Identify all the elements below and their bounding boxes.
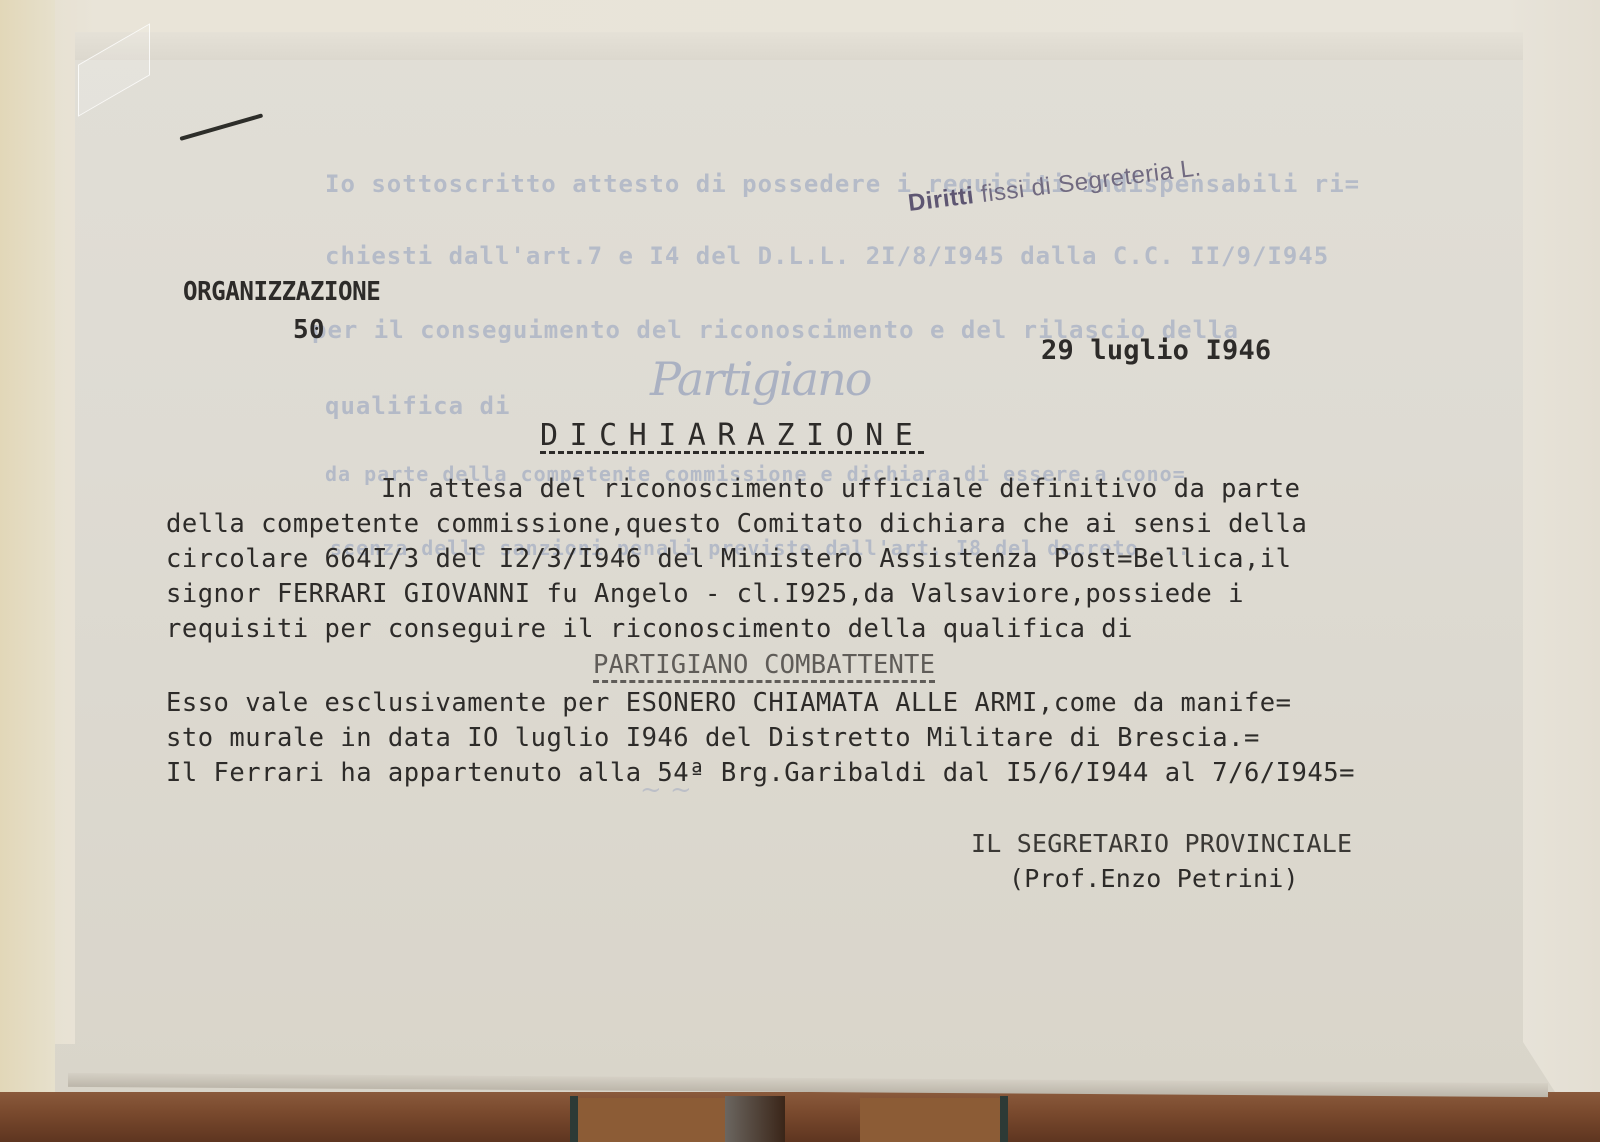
organization-label: ORGANIZZAZIONE [183, 277, 380, 307]
backing-left-strip [0, 0, 55, 1100]
handwritten-annotation: Partigiano [650, 352, 870, 406]
qualification: PARTIGIANO COMBATTENTE [593, 650, 935, 680]
closing-line: Il Ferrari ha appartenuto alla 54ª Brg.G… [166, 758, 1355, 788]
bleed-through-line: Io sottoscritto attesto di possedere i r… [325, 170, 1360, 198]
signature-title: IL SEGRETARIO PROVINCIALE [971, 829, 1352, 858]
shelf-block [578, 1098, 725, 1142]
wooden-shelf [0, 1092, 1600, 1142]
signature-name: (Prof.Enzo Petrini) [1009, 864, 1299, 893]
document-title: DICHIARAZIONE [540, 418, 924, 453]
document-date: 29 luglio I946 [1041, 335, 1271, 366]
body-line: In attesa del riconoscimento ufficiale d… [381, 474, 1300, 504]
bleed-through-line: chiesti dall'art.7 e I4 del D.L.L. 2I/8/… [325, 242, 1329, 270]
bleed-through-line: qualifica di [325, 392, 510, 420]
shelf-gap [725, 1096, 785, 1142]
body-line: requisiti per conseguire il riconoscimen… [166, 614, 1133, 644]
shelf-gap [1000, 1096, 1008, 1142]
closing-line: sto murale in data IO luglio I946 del Di… [166, 723, 1260, 753]
paper-top-band [75, 32, 1523, 60]
handwritten-scribble: ~ ~ [640, 775, 692, 805]
body-line: della competente commissione,questo Comi… [166, 509, 1307, 539]
closing-line: Esso vale esclusivamente per ESONERO CHI… [166, 688, 1292, 718]
body-line: circolare 664I/3 del I2/3/I946 del Minis… [166, 544, 1292, 574]
shelf-block [860, 1098, 1000, 1142]
body-line: signor FERRARI GIOVANNI fu Angelo - cl.I… [166, 579, 1244, 609]
shelf-gap [570, 1096, 578, 1142]
organization-number: 50 [293, 315, 325, 345]
